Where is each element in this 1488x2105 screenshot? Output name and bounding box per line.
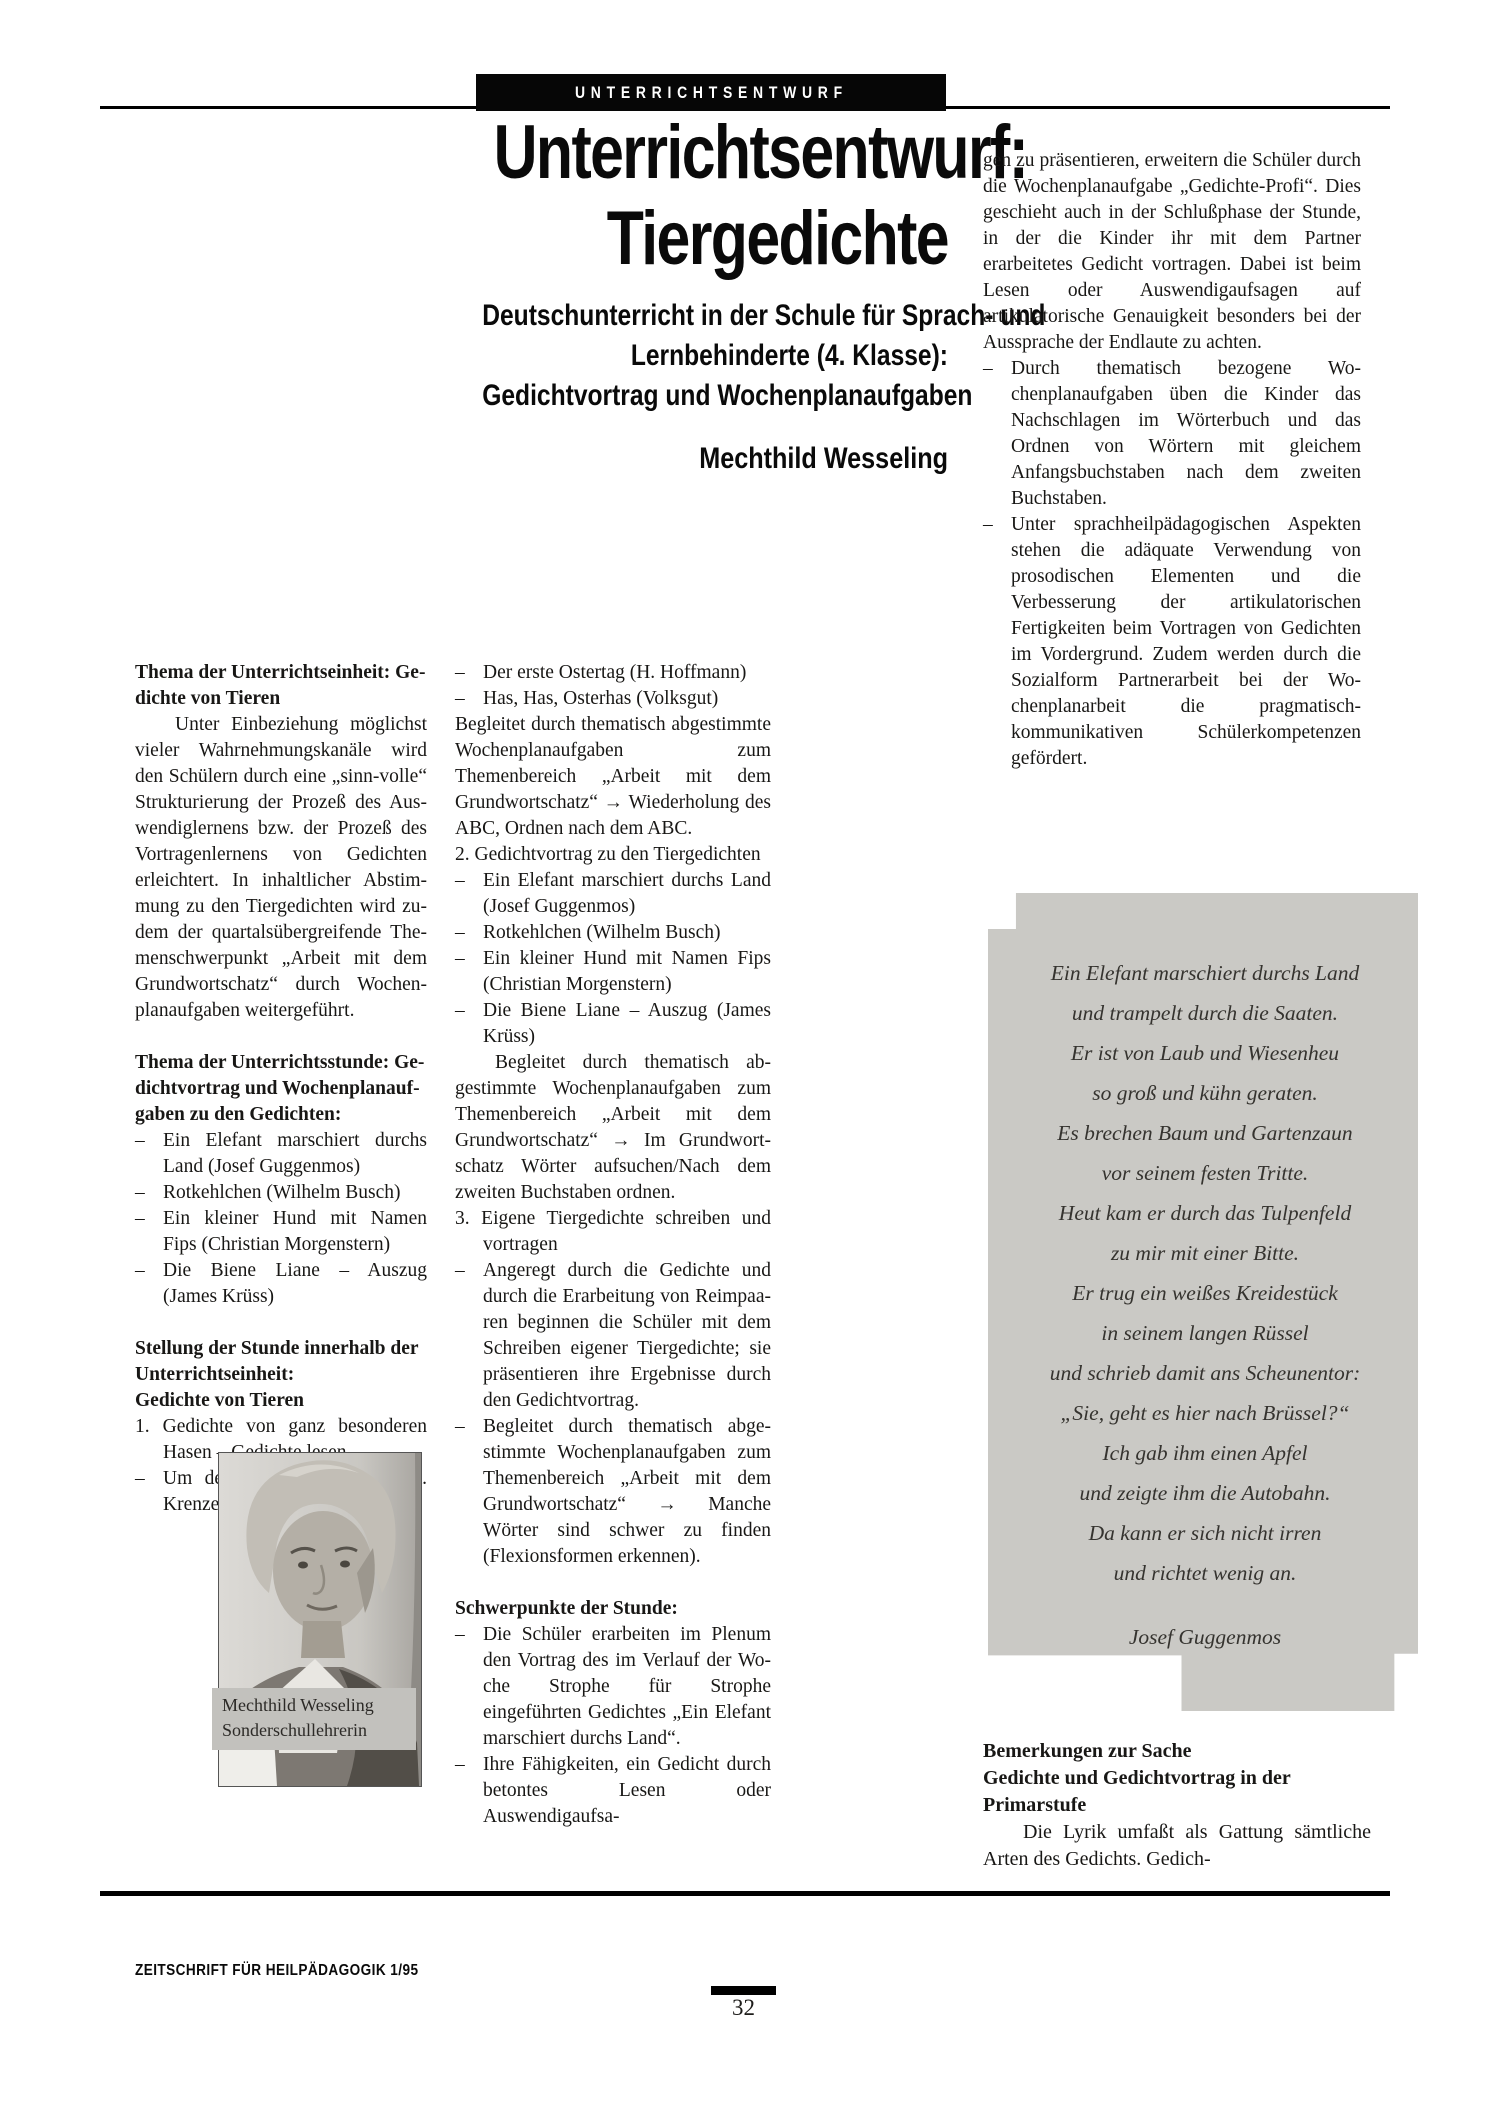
- dash-bullet: –: [983, 356, 993, 382]
- poem-line: „Sie, geht es hier nach Brüssel?“: [1018, 1393, 1392, 1433]
- photo-caption: Mechthild Wesseling Sonderschullehrerin: [212, 1688, 416, 1750]
- title-block: Unterrichtsentwurf: Tiergedichte Deutsch…: [380, 110, 948, 476]
- dash-bullet: –: [135, 1128, 145, 1154]
- poem-line: zu mir mit einer Bitte.: [1018, 1233, 1392, 1273]
- poem-line: und trampelt durch die Saaten.: [1018, 993, 1392, 1033]
- page-number-bar: [711, 1986, 776, 1995]
- poem-line: Es brechen Baum und Gartenzaun: [1018, 1113, 1392, 1153]
- subtitle-line2: Lernbehinderte (4. Klasse):: [482, 336, 948, 376]
- poem-line: Er trug ein weißes Kreidestück: [1018, 1273, 1392, 1313]
- section-heading: Bemerkungen zur Sache: [983, 1738, 1371, 1765]
- paragraph: Die Lyrik umfaßt als Gattung sämtliche A…: [983, 1819, 1371, 1873]
- author-name: Mechthild Wesseling: [471, 442, 948, 476]
- section-heading: Thema der Unterrichtseinheit: Ge­dichte …: [135, 660, 427, 712]
- article-title-line2: Tiergedichte: [494, 196, 948, 282]
- poem-line: Da kann er sich nicht irren: [1018, 1513, 1392, 1553]
- paragraph: –Has, Has, Osterhas (Volksgut): [455, 686, 771, 712]
- section-heading: Gedichte und Gedichtvortrag in der Prima…: [983, 1765, 1371, 1819]
- poem-author: Josef Guggenmos: [1018, 1625, 1392, 1650]
- paragraph: Begleitet durch thematisch ab­gestimmte …: [455, 1050, 771, 1206]
- journal-name: ZEITSCHRIFT FÜR HEILPÄDAGOGIK 1/95: [135, 1962, 418, 1980]
- dash-bullet: –: [455, 1258, 465, 1284]
- column-right-bottom: Bemerkungen zur SacheGedichte und Gedich…: [983, 1738, 1371, 1873]
- paragraph: Begleitet durch thematisch abge­stimmte …: [455, 712, 771, 842]
- dash-bullet: –: [455, 868, 465, 894]
- paragraph: gen zu präsentieren, erweitern die Schül…: [983, 148, 1361, 356]
- dash-bullet: –: [455, 1414, 465, 1440]
- paragraph: –Rotkehlchen (Wilhelm Busch): [455, 920, 771, 946]
- footer-rule: [100, 1891, 1390, 1896]
- journal-page: UNTERRICHTSENTWURF Unterrichtsentwurf: T…: [0, 0, 1488, 2105]
- dash-bullet: –: [983, 512, 993, 538]
- photo-caption-name: Mechthild Wesseling: [222, 1693, 408, 1718]
- paragraph: –Ein kleiner Hund mit Namen Fips (Christ…: [455, 946, 771, 998]
- column-right: gen zu präsentieren, erweitern die Schül…: [983, 148, 1361, 772]
- paragraph: –Begleitet durch thematisch abge­stimmte…: [455, 1414, 771, 1570]
- dash-bullet: –: [455, 660, 465, 686]
- paragraph: Unter Einbeziehung möglichst vieler Wahr…: [135, 712, 427, 1024]
- poem-line: vor seinem festen Tritte.: [1018, 1153, 1392, 1193]
- dash-bullet: –: [455, 1752, 465, 1778]
- column-left: Thema der Unterrichtseinheit: Ge­dichte …: [135, 660, 427, 1518]
- column-middle: –Der erste Ostertag (H. Hoffmann)–Has, H…: [455, 660, 771, 1830]
- poem-line: und richtet wenig an.: [1018, 1553, 1392, 1593]
- paragraph: –Rotkehlchen (Wilhelm Busch): [135, 1180, 427, 1206]
- poem-line: und zeigte ihm die Autobahn.: [1018, 1473, 1392, 1513]
- dash-bullet: –: [135, 1258, 145, 1284]
- poem-line: Ein Elefant marschiert durchs Land: [1018, 953, 1392, 993]
- poem-line: Ich gab ihm einen Apfel: [1018, 1433, 1392, 1473]
- article-title-line1: Unterrichtsentwurf:: [494, 110, 948, 196]
- poem-line: Heut kam er durch das Tulpenfeld: [1018, 1193, 1392, 1233]
- section-heading: Stellung der Stunde innerhalb der Unterr…: [135, 1336, 427, 1388]
- poem-line: Er ist von Laub und Wiesenheu: [1018, 1033, 1392, 1073]
- dash-bullet: –: [455, 946, 465, 972]
- paragraph: 2. Gedichtvortrag zu den Tiergedich­ten: [455, 842, 771, 868]
- section-tab: UNTERRICHTSENTWURF: [476, 74, 946, 111]
- paragraph: 3. Eigene Tiergedichte schreiben und vor…: [455, 1206, 771, 1258]
- paragraph: –Die Biene Liane – Auszug (James Krüss): [135, 1258, 427, 1310]
- subtitle-line3: Gedichtvortrag und Wochenplanaufgaben: [482, 376, 948, 416]
- article-subtitle: Deutschunterricht in der Schule für Spra…: [380, 296, 948, 416]
- section-heading: Schwerpunkte der Stunde:: [455, 1596, 771, 1622]
- dash-bullet: –: [135, 1180, 145, 1206]
- dash-bullet: –: [455, 998, 465, 1024]
- paragraph: –Ihre Fähigkeiten, ein Gedicht durch bet…: [455, 1752, 771, 1830]
- dash-bullet: –: [455, 1622, 465, 1648]
- paragraph: –Ein Elefant marschiert durchs Land (Jos…: [135, 1128, 427, 1180]
- poem-line: so groß und kühn geraten.: [1018, 1073, 1392, 1113]
- section-heading: Gedichte von Tieren: [135, 1388, 427, 1414]
- paragraph: –Durch thematisch bezogene Wo­chenplanau…: [983, 356, 1361, 512]
- paragraph: –Die Biene Liane – Auszug (James Krüss): [455, 998, 771, 1050]
- poem-lines: Ein Elefant marschiert durchs Landund tr…: [1018, 953, 1392, 1593]
- photo-caption-role: Sonderschullehrerin: [222, 1718, 408, 1743]
- poem-box: Ein Elefant marschiert durchs Landund tr…: [988, 893, 1418, 1711]
- poem-line: und schrieb damit ans Scheunentor:: [1018, 1353, 1392, 1393]
- dash-bullet: –: [135, 1466, 145, 1492]
- paragraph: –Die Schüler erarbeiten im Plenum den Vo…: [455, 1622, 771, 1752]
- subtitle-line1: Deutschunterricht in der Schule für Spra…: [482, 296, 948, 336]
- paragraph: –Angeregt durch die Gedichte und durch d…: [455, 1258, 771, 1414]
- section-heading: Thema der Unterrichtsstunde: Ge­dichtvor…: [135, 1050, 427, 1128]
- paragraph: –Unter sprachheilpädagogischen Aspekten …: [983, 512, 1361, 772]
- paragraph: –Der erste Ostertag (H. Hoffmann): [455, 660, 771, 686]
- poem-line: in seinem langen Rüssel: [1018, 1313, 1392, 1353]
- dash-bullet: –: [135, 1206, 145, 1232]
- page-number: 32: [711, 1995, 776, 2021]
- dash-bullet: –: [455, 686, 465, 712]
- paragraph: –Ein Elefant marschiert durchs Land (Jos…: [455, 868, 771, 920]
- section-tab-label: UNTERRICHTSENTWURF: [575, 83, 848, 103]
- paragraph: –Ein kleiner Hund mit Namen Fips (Christ…: [135, 1206, 427, 1258]
- dash-bullet: –: [455, 920, 465, 946]
